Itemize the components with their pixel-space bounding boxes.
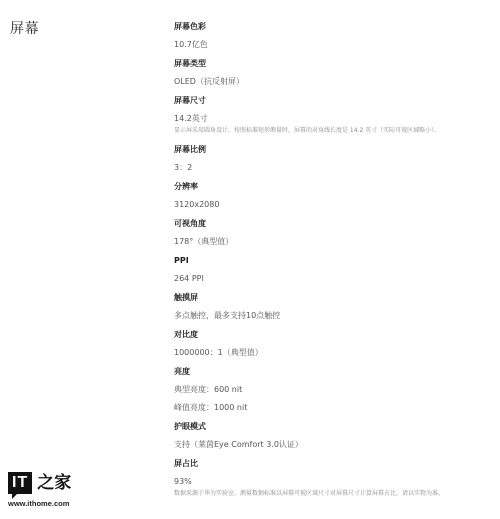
- spec-value: OLED（抗反射屏）: [174, 77, 494, 87]
- spec-label: 护眼模式: [174, 422, 494, 432]
- spec-viewing-angle: 可视角度 178°（典型值）: [174, 219, 494, 247]
- logo-mark: IT 之家: [8, 470, 98, 496]
- spec-value: 多点触控，最多支持10点触控: [174, 311, 494, 321]
- spec-note: 显示屏采用圆角设计，按照标准矩形测量时，屏幕的对角线长度是 14.2 英寸（实际…: [174, 127, 494, 135]
- spec-contrast: 对比度 1000000：1（典型值）: [174, 330, 494, 358]
- spec-value: 3：2: [174, 163, 494, 173]
- spec-label: 屏幕类型: [174, 59, 494, 69]
- spec-value: 3120x2080: [174, 200, 494, 210]
- spec-value: 178°（典型值）: [174, 237, 494, 247]
- spec-label: 屏幕尺寸: [174, 96, 494, 106]
- spec-aspect-ratio: 屏幕比例 3：2: [174, 145, 494, 173]
- spec-value: 10.7亿色: [174, 40, 494, 50]
- logo-url: www.ithome.com: [8, 499, 98, 508]
- spec-label: 屏幕比例: [174, 145, 494, 155]
- spec-label: 对比度: [174, 330, 494, 340]
- spec-screen-type: 屏幕类型 OLED（抗反射屏）: [174, 59, 494, 87]
- spec-value: 1000000：1（典型值）: [174, 348, 494, 358]
- spec-screen-size: 屏幕尺寸 14.2英寸 显示屏采用圆角设计，按照标准矩形测量时，屏幕的对角线长度…: [174, 96, 494, 135]
- spec-value: 支持（莱茵Eye Comfort 3.0认证）: [174, 440, 494, 450]
- spec-label: 可视角度: [174, 219, 494, 229]
- spec-value: 峰值亮度：1000 nit: [174, 403, 494, 413]
- spec-screen-to-body: 屏占比 93% 数据来源于华为实验室，测量数据标准以屏幕可视区域尺寸对屏幕尺寸计…: [174, 459, 494, 498]
- spec-screen-color: 屏幕色彩 10.7亿色: [174, 22, 494, 50]
- spec-label: 屏占比: [174, 459, 494, 469]
- section-title: 屏幕: [10, 18, 39, 38]
- logo-it-icon: IT: [8, 472, 32, 494]
- spec-resolution: 分辨率 3120x2080: [174, 182, 494, 210]
- spec-value: 264 PPI: [174, 274, 494, 284]
- spec-label: 亮度: [174, 367, 494, 377]
- spec-list: 屏幕色彩 10.7亿色 屏幕类型 OLED（抗反射屏） 屏幕尺寸 14.2英寸 …: [174, 22, 494, 508]
- spec-note: 数据来源于华为实验室，测量数据标准以屏幕可视区域尺寸对屏幕尺寸计算屏幕占比，请以…: [174, 490, 494, 498]
- spec-value: 14.2英寸: [174, 114, 494, 124]
- ithome-watermark-logo: IT 之家 www.ithome.com: [8, 470, 98, 508]
- spec-eye-comfort: 护眼模式 支持（莱茵Eye Comfort 3.0认证）: [174, 422, 494, 450]
- spec-label: PPI: [174, 256, 494, 266]
- spec-label: 屏幕色彩: [174, 22, 494, 32]
- spec-label: 触摸屏: [174, 293, 494, 303]
- spec-label: 分辨率: [174, 182, 494, 192]
- spec-touchscreen: 触摸屏 多点触控，最多支持10点触控: [174, 293, 494, 321]
- spec-value: 典型亮度：600 nit: [174, 385, 494, 395]
- spec-ppi: PPI 264 PPI: [174, 256, 494, 284]
- spec-value: 93%: [174, 477, 494, 487]
- spec-brightness: 亮度 典型亮度：600 nit 峰值亮度：1000 nit: [174, 367, 494, 413]
- logo-zhijia-text: 之家: [37, 473, 71, 493]
